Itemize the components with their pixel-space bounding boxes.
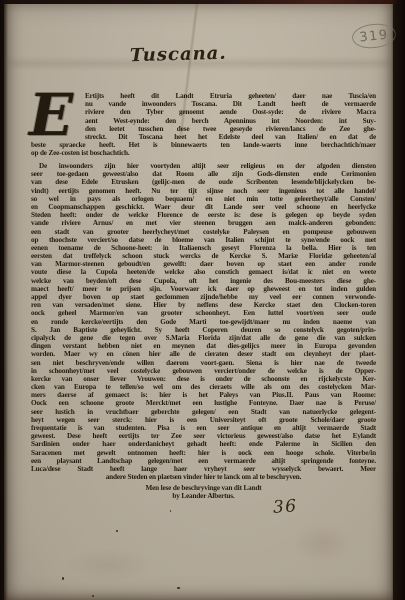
ink-folio-number: 36 — [272, 496, 298, 518]
photo-frame-left — [0, 0, 8, 600]
text-line: heyt wegen seer sterck: hier is een Univ… — [31, 416, 376, 424]
ink-speck — [92, 595, 94, 597]
text-line: vande riviere Arnus/ en met vier steenen… — [31, 219, 376, 227]
text-line: geweest. Dese heeft eertijts ter Zee see… — [31, 432, 376, 440]
text-line: sen niet beschryven/ende willen daerom v… — [31, 359, 376, 367]
pencil-folio-value: 319 — [359, 27, 390, 45]
text-line: den leetet tusschen dese twee geseyde ri… — [85, 125, 376, 133]
text-line: vindt) eertijts genomen heeft. Nu ter ti… — [31, 187, 376, 195]
text-line: dingen verstant hebben niet en meynen da… — [31, 342, 376, 350]
text-line: Oock een schoone groote Merckt/met een l… — [31, 399, 376, 407]
text-line: Luca/dese Stadt heeft lange haer vryheyt… — [31, 465, 376, 473]
text-line: Ertijts heeft dit Landt Etruria geheeten… — [85, 92, 376, 100]
text-line: andere Steden en plaetsen vinder hier te… — [31, 473, 376, 481]
text-line: aent West-eynde: den berch Apenninus int… — [85, 117, 376, 125]
text-line: maect heeft/ meer te prijsen sijn. Voorw… — [31, 285, 376, 293]
text-line: Men lese de beschryvinge van dit Landt — [31, 484, 376, 492]
text-line: voute diese la Cupola heeten/de welcke a… — [31, 268, 376, 276]
text-line: en ronde kercke/eertijts den Gode Marti … — [31, 318, 376, 326]
photo-frame-right — [391, 0, 405, 600]
text-line: oock geheel Marmor/en van grooter schoon… — [31, 309, 376, 317]
ink-speck — [170, 510, 171, 512]
book-page-photograph: 319 Tuscana. E Ertijts heeft dit Landt E… — [0, 0, 405, 600]
paper-stain — [64, 548, 154, 582]
ink-speck — [177, 587, 180, 589]
text-line: worden. Maer wy en cönen hier alle de ci… — [31, 350, 376, 358]
text-line: mers daerse af gemaect is: hier is het P… — [31, 391, 376, 399]
text-line: in schoonheyt/met veel costelycke gebouw… — [31, 367, 376, 375]
text-line: van dese Edele Etrusken (gelijc-men de o… — [31, 178, 376, 186]
parchment-page: 319 Tuscana. E Ertijts heeft dit Landt E… — [4, 3, 393, 600]
text-line: op thoochste verciert/so datse de bloeme… — [31, 236, 376, 244]
text-line: welcke van beyden/oft dese Cupola, oft h… — [31, 277, 376, 285]
text-line: op de Zee-costen ist boschachtich. — [31, 149, 376, 157]
text-line: frequentatie is van studenten. Pisa is e… — [31, 424, 376, 432]
text-line: by Leander Albertus. — [31, 492, 376, 500]
ink-speck — [116, 530, 118, 532]
text-line: seer toe-gedaen geweest/also dat Room al… — [31, 170, 376, 178]
text-line: ren van versaden/met siene. Hier by neff… — [31, 301, 376, 309]
text-line: riviere den Tyber genoemt aende Oost-syd… — [85, 108, 376, 116]
text-line: seer lustich in vruchtbaer geberchte gel… — [31, 408, 376, 416]
text-line: cken van Europa te tellen/so wel om des … — [31, 383, 376, 391]
text-line: eenen toename de Schoone-heet: in Italia… — [31, 244, 376, 252]
page-title: Tuscana. — [130, 43, 227, 67]
text-line: eersten dat treffelyck schoon stuck werc… — [31, 252, 376, 260]
text-line: appel dyer boven op staet geclommen zijn… — [31, 293, 376, 301]
text-line: een playsant Landtschap gelegen/met een … — [31, 457, 376, 465]
text-line: een stadt van grooter heerlycheyt/met co… — [31, 228, 376, 236]
text-line: De inwoonders zijn hier voortyden altijt… — [31, 162, 376, 170]
photo-frame-top — [0, 0, 405, 4]
text-line: nu vande inwoonders Toscana. Dit Landt h… — [85, 100, 376, 108]
opening-paragraph: E Ertijts heeft dit Landt Etruria geheet… — [31, 92, 376, 158]
main-paragraph: De inwoonders zijn hier voortyden altijt… — [31, 162, 376, 481]
paper-stain — [292, 523, 352, 563]
closing-note: Men lese de beschryvinge van dit Landtby… — [31, 484, 376, 500]
text-line: S. Jan Baptiste geheylicht. Sy heeft Cop… — [31, 326, 376, 334]
text-line: kercke van onser liever Vrouwen: dese is… — [31, 375, 376, 383]
text-line: en Coopmanschappen geschickt. Waer deur … — [31, 203, 376, 211]
text-line: so wel in pays als orlogen bequaem/ en n… — [31, 195, 376, 203]
text-line: cipalyck de gene die tegen over S.Maria … — [31, 334, 376, 342]
text-line: van Marmor-steenen geboudt/en gewelft: d… — [31, 260, 376, 268]
text-line: Sardinien onder haer onderdanicheyt geha… — [31, 440, 376, 448]
text-line: beste spraecke heeft. Het is binnewaerts… — [31, 141, 376, 149]
ink-speck — [62, 577, 64, 580]
text-line: Steden heeft: onder de welcke Florence d… — [31, 211, 376, 219]
text-line: Saracenen met gewelt ontnomen heeft: hie… — [31, 449, 376, 457]
drop-cap-box: E — [31, 92, 85, 141]
drop-cap-initial: E — [29, 86, 73, 144]
text-line: streckt. Dit Toscana heet het Edelste de… — [85, 133, 376, 141]
